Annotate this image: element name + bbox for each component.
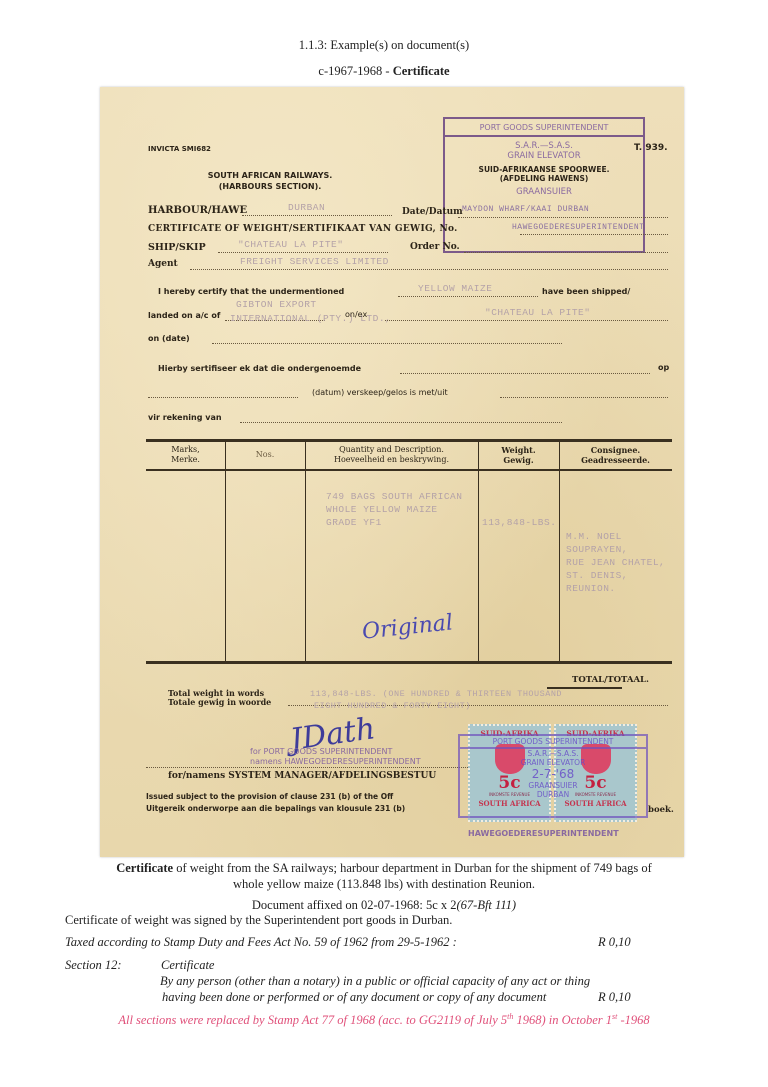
col-consignee-af: Geadresseerde. xyxy=(559,455,672,465)
afrikaans-op: op xyxy=(658,363,669,372)
col-header-consignee: Consignee. Geadresseerde. xyxy=(559,445,672,465)
col-marks-en: Marks, xyxy=(146,445,225,455)
col-header-weight: Weight. Gewig. xyxy=(478,445,559,465)
col-marks-af: Merke. xyxy=(146,455,225,465)
caption-line-1: Certificate of weight from the SA railwa… xyxy=(0,860,768,876)
on-ex-value: "CHATEAU LA PITE" xyxy=(485,307,590,318)
stamp-line-3: SUID-AFRIKAANSE SPOORWEE. xyxy=(445,165,643,174)
section-heading: 1.1.3: Example(s) on document(s) xyxy=(0,38,768,53)
consignee-line: REUNION. xyxy=(566,582,665,595)
col-description-en: Quantity and Description. xyxy=(305,445,478,455)
consignee-line: ST. DENIS, xyxy=(566,569,665,582)
agent-value: FREIGHT SERVICES LIMITED xyxy=(240,256,389,267)
caption-bold: Certificate xyxy=(116,861,173,875)
signed-note: Certificate of weight was signed by the … xyxy=(65,913,452,928)
signature-stamp-en: for PORT GOODS SUPERINTENDENT xyxy=(250,747,392,756)
col-weight-af: Gewig. xyxy=(478,455,559,465)
org-line-2: (HARBOURS SECTION). xyxy=(195,181,345,192)
col-weight-en: Weight. xyxy=(478,445,559,455)
afrikaans-line-3: vir rekening van xyxy=(148,413,222,422)
section-label: Section 12: xyxy=(65,958,122,973)
caption-description: Certificate of weight from the SA railwa… xyxy=(0,860,768,892)
issued-en: Issued subject to the provision of claus… xyxy=(146,792,393,801)
section-title: Certificate xyxy=(161,958,214,973)
stamp-line-1: S.A.R.—S.A.S. xyxy=(445,141,643,151)
cancel-line-3: GRAANSUIER xyxy=(460,781,646,790)
consignee-line: SOUPRAYEN, xyxy=(566,543,665,556)
issued-af: Uitgereik onderworpe aan die bepalings v… xyxy=(146,804,405,813)
agent-label: Agent xyxy=(148,259,178,269)
affixed-reference: (67-Bft 111) xyxy=(457,898,517,912)
replacement-note: All sections were replaced by Stamp Act … xyxy=(0,1012,768,1028)
stamp-header: PORT GOODS SUPERINTENDENT xyxy=(445,119,643,137)
col-consignee-en: Consignee. xyxy=(559,445,672,455)
section-desc-1: By any person (other than a notary) in a… xyxy=(160,974,590,989)
affixed-note: Document affixed on 02-07-1968: 5c x 2(6… xyxy=(0,898,768,913)
description-line: GRADE YF1 xyxy=(326,516,462,529)
total-words-label-af: Totale gewig in woorde xyxy=(168,698,271,707)
system-manager-line: for/namens SYSTEM MANAGER/AFDELINGSBESTU… xyxy=(168,771,436,781)
total-words-value-1: 113,848-LBS. (ONE HUNDRED & THIRTEEN THO… xyxy=(310,689,562,699)
org-line-1: SOUTH AFRICAN RAILWAYS. xyxy=(195,170,345,181)
cancel-stamp: PORT GOODS SUPERINTENDENT S.A.R.—S.A.S. … xyxy=(458,734,648,818)
table-bottom-rule xyxy=(146,661,672,664)
taxed-amount: R 0,10 xyxy=(598,935,631,950)
consignee-line: RUE JEAN CHATEL, xyxy=(566,556,665,569)
section-desc-2: having been done or performed or of any … xyxy=(162,990,546,1005)
description-line: WHOLE YELLOW MAIZE xyxy=(326,503,462,516)
description-cell: 749 BAGS SOUTH AFRICAN WHOLE YELLOW MAIZ… xyxy=(326,490,462,529)
replacement-pre: All sections were replaced by Stamp Act … xyxy=(118,1013,507,1027)
printer-code: INVICTA SMI682 xyxy=(148,145,211,153)
date-label: Date/Datum xyxy=(402,207,463,217)
account-value-1: GIBTON EXPORT xyxy=(236,299,317,310)
col-description-af: Hoeveelheid en beskrywing. xyxy=(305,455,478,465)
harbour-label: HARBOUR/HAWE xyxy=(148,205,247,216)
cancel-footer: HAWEGOEDERESUPERINTENDENT xyxy=(468,829,619,838)
replacement-post: -1968 xyxy=(617,1013,649,1027)
certify-line-1: I hereby certify that the undermentioned xyxy=(158,287,344,296)
total-words-value-2: EIGHT HUNDRED & FORTY EIGHT) xyxy=(314,701,471,711)
stamp-line-5: GRAANSUIER xyxy=(445,187,643,197)
afrikaans-line-1: Hierby sertifiseer ek dat die ondergenoe… xyxy=(158,364,361,373)
handwritten-original: Original xyxy=(361,610,454,644)
subheading: c-1967-1968 - Certificate xyxy=(0,64,768,79)
weight-cell: 113,848-LBS. xyxy=(482,517,556,528)
col-header-nos: Nos. xyxy=(225,450,305,459)
total-words-labels: Total weight in words Totale gewig in wo… xyxy=(168,689,271,707)
cancel-date: 2-7-'68 xyxy=(460,767,646,781)
afrikaans-line-2: (datum) verskeep/gelos is met/uit xyxy=(312,388,448,397)
certificate-number-label: CERTIFICATE OF WEIGHT/SERTIFIKAAT VAN GE… xyxy=(148,224,458,234)
replacement-mid: 1968) in October 1 xyxy=(513,1013,612,1027)
cancel-line-4: DURBAN xyxy=(460,790,646,799)
stamp-line-2: GRAIN ELEVATOR xyxy=(445,151,643,161)
subheading-bold: Certificate xyxy=(393,64,450,78)
section-amount: R 0,10 xyxy=(598,990,631,1005)
org-heading: SOUTH AFRICAN RAILWAYS. (HARBOURS SECTIO… xyxy=(195,170,345,192)
total-label: TOTAL/TOTAAL. xyxy=(572,675,649,685)
caption-rest: of weight from the SA railways; harbour … xyxy=(173,861,652,875)
on-date-label: on (date) xyxy=(148,334,190,343)
cancel-header: PORT GOODS SUPERINTENDENT xyxy=(460,736,646,749)
port-goods-stamp: PORT GOODS SUPERINTENDENT S.A.R.—S.A.S. … xyxy=(443,117,645,253)
ship-label: SHIP/SKIP xyxy=(148,242,206,253)
order-label: Order No. xyxy=(410,242,460,252)
caption-line-2: whole yellow maize (113.848 lbs) with de… xyxy=(0,876,768,892)
affixed-text: Document affixed on 02-07-1968: 5c x 2 xyxy=(252,898,457,912)
ship-value: "CHATEAU LA PITE" xyxy=(238,239,343,250)
issued-tail: boek. xyxy=(648,805,674,815)
date-value: MAYDON WHARF/KAAI DURBAN xyxy=(462,205,589,214)
landed-label: landed on a/c of xyxy=(148,311,220,320)
certificate-document: INVICTA SMI682 T. 939. SOUTH AFRICAN RAI… xyxy=(100,87,684,857)
signature-stamp-af: namens HAWEGOEDERESUPERINTENDENT xyxy=(250,757,421,766)
certify-line-1-end: have been shipped/ xyxy=(542,287,630,296)
stamp-line-4: (AFDELING HAWENS) xyxy=(445,174,643,183)
certificate-number-value: HAWEGOEDERESUPERINTENDENT xyxy=(512,223,645,232)
cancel-line-1: S.A.R.—S.A.S. xyxy=(460,749,646,758)
goods-value: YELLOW MAIZE xyxy=(418,283,492,294)
subheading-prefix: c-1967-1968 - xyxy=(318,64,392,78)
taxed-text: Taxed according to Stamp Duty and Fees A… xyxy=(65,935,457,950)
consignee-cell: M.M. NOEL SOUPRAYEN, RUE JEAN CHATEL, ST… xyxy=(566,530,665,595)
on-ex-label: on/ex xyxy=(345,310,367,319)
harbour-value: DURBAN xyxy=(288,202,325,213)
col-header-marks: Marks, Merke. xyxy=(146,445,225,465)
revenue-stamps: SUID-AFRIKA 5c INKOMSTE REVENUE SOUTH AF… xyxy=(468,724,638,822)
col-header-description: Quantity and Description. Hoeveelheid en… xyxy=(305,445,478,465)
cancel-line-2: GRAIN ELEVATOR xyxy=(460,758,646,767)
description-line: 749 BAGS SOUTH AFRICAN xyxy=(326,490,462,503)
consignee-line: M.M. NOEL xyxy=(566,530,665,543)
